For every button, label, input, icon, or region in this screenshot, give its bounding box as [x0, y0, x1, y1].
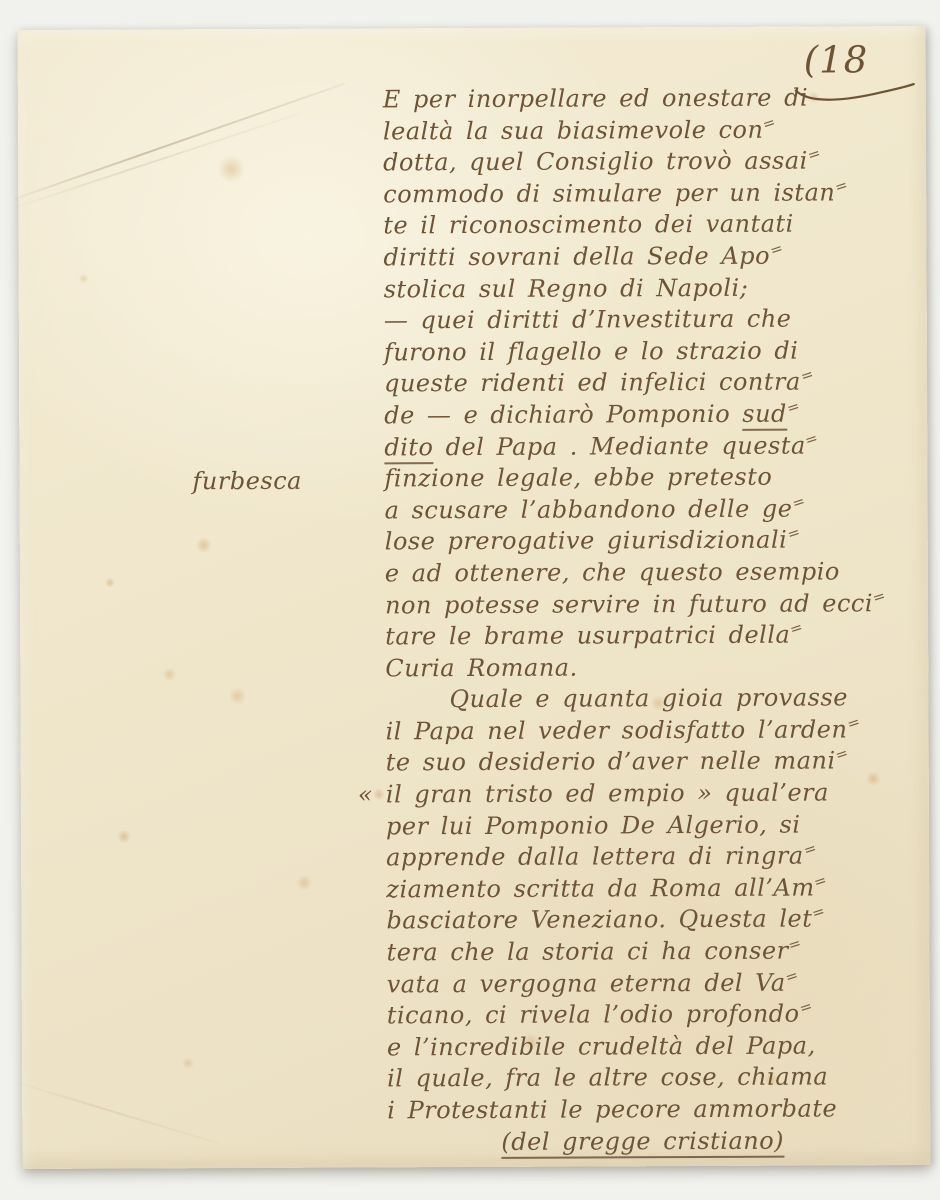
text-segment: te suo desiderio d’aver nelle mani: [386, 747, 836, 777]
manuscript-line: furono il flagello e lo strazio di: [384, 335, 936, 369]
manuscript-line: queste ridenti ed infelici contra=: [384, 366, 936, 400]
manuscript-line: apprende dalla lettera di ringra=: [386, 840, 938, 874]
manuscript-line: tare le brame usurpatrici della=: [385, 619, 937, 653]
manuscript-line: — quei diritti d’Investitura che: [384, 303, 936, 337]
manuscript-line: i Protestanti le pecore ammorbate: [387, 1093, 939, 1127]
text-segment: i Protestanti le pecore ammorbate: [387, 1094, 837, 1124]
manuscript-text: E per inorpellare ed onestare dilealtà l…: [383, 82, 940, 1159]
text-segment: E per inorpellare ed onestare di: [383, 84, 808, 114]
text-segment: il gran tristo ed empio » qual’era: [386, 779, 829, 809]
text-segment: tare le brame usurpatrici della: [385, 621, 790, 651]
foxing-spot: [228, 687, 246, 705]
text-segment: e l’incredibile crudeltà del Papa,: [387, 1031, 816, 1061]
manuscript-line: basciatore Veneziano. Questa let=: [386, 903, 938, 937]
text-segment: basciatore Veneziano. Questa let: [386, 905, 812, 935]
foxing-spot: [296, 875, 312, 891]
manuscript-line: ziamento scritta da Roma all’Am=: [386, 872, 938, 906]
manuscript-line: per lui Pomponio De Algerio, si: [386, 809, 938, 843]
text-segment: finzione legale, ebbe pretesto: [384, 463, 772, 493]
text-segment: ticano, ci rivela l’odio profondo: [387, 1000, 800, 1030]
manuscript-line: «il gran tristo ed empio » qual’era: [386, 777, 938, 811]
manuscript-line: E per inorpellare ed onestare di: [383, 82, 935, 116]
manuscript-line: il Papa nel veder sodisfatto l’arden=: [386, 714, 938, 748]
text-segment: vata a vergogna eterna del Va: [387, 968, 786, 998]
manuscript-line: tera che la storia ci ha conser=: [386, 935, 938, 969]
text-segment: Curia Romana.: [385, 653, 578, 682]
foxing-spot: [162, 667, 176, 681]
foxing-spot: [218, 154, 244, 184]
fold-crease: [14, 83, 345, 200]
manuscript-page: (18 E per inorpellare ed onestare dileal…: [18, 26, 931, 1169]
text-segment: lealtà la sua biasimevole con: [383, 115, 764, 145]
text-segment: il quale, fra le altre cose, chiama: [387, 1063, 828, 1093]
foxing-spot: [196, 537, 212, 553]
text-segment: de — e dichiarò Pomponio: [384, 400, 742, 430]
text-segment: del Papa . Mediante questa: [433, 431, 805, 461]
text-segment: e ad ottenere, che questo esempio: [385, 557, 840, 587]
foxing-spot: [79, 274, 89, 284]
manuscript-line: diritti sovrani della Sede Apo=: [383, 240, 935, 274]
text-segment: — quei diritti d’Investitura che: [384, 305, 792, 335]
text-segment: te il riconoscimento dei vantati: [383, 210, 794, 240]
foxing-spot: [182, 1057, 194, 1069]
text-segment: commodo di simulare per un istan: [383, 178, 835, 208]
text-segment: furono il flagello e lo strazio di: [384, 336, 799, 366]
text-segment: dito: [384, 433, 433, 464]
text-segment: stolica sul Regno di Napoli;: [384, 273, 749, 303]
foxing-spot: [117, 829, 131, 843]
text-segment: sud: [742, 400, 787, 431]
manuscript-line: dotta, quel Consiglio trovò assai=: [383, 145, 935, 179]
manuscript-line: ticano, ci rivela l’odio profondo=: [387, 998, 939, 1032]
manuscript-line: te il riconoscimento dei vantati: [383, 208, 935, 242]
manuscript-line: (del gregge cristiano): [387, 1125, 939, 1159]
manuscript-line: a scusare l’abbandono delle ge=: [385, 493, 937, 527]
text-segment: apprende dalla lettera di ringra: [386, 842, 804, 872]
text-segment: ziamento scritta da Roma all’Am: [386, 873, 814, 903]
text-segment: lose prerogative giurisdizionali: [385, 526, 788, 556]
manuscript-line: non potesse servire in futuro ad ecci=: [385, 587, 937, 621]
foxing-spot: [373, 788, 385, 800]
text-segment: tera che la storia ci ha conser: [386, 937, 788, 967]
manuscript-line: e ad ottenere, che questo esempio: [385, 556, 937, 590]
text-segment: il Papa nel veder sodisfatto l’arden: [386, 715, 848, 745]
manuscript-line: lealtà la sua biasimevole con=: [383, 114, 935, 148]
fold-crease: [18, 1082, 220, 1144]
manuscript-line: stolica sul Regno di Napoli;: [384, 272, 936, 306]
text-segment: Quale e quanta gioia provasse: [449, 684, 848, 714]
manuscript-line: il quale, fra le altre cose, chiama: [387, 1061, 939, 1095]
text-segment: dotta, quel Consiglio trovò assai: [383, 147, 808, 177]
manuscript-line: vata a vergogna eterna del Va=: [387, 967, 939, 1001]
text-segment: per lui Pomponio De Algerio, si: [386, 810, 801, 840]
manuscript-line: te suo desiderio d’aver nelle mani=: [386, 745, 938, 779]
text-segment: queste ridenti ed infelici contra: [384, 368, 801, 398]
margin-note: furbesca: [192, 466, 302, 498]
text-segment: non potesse servire in futuro ad ecci: [385, 589, 873, 619]
manuscript-line: furbescafinzione legale, ebbe pretesto: [384, 461, 936, 495]
manuscript-line: de — e dichiarò Pomponio sud=: [384, 398, 936, 432]
fold-crease: [16, 112, 302, 208]
text-segment: a scusare l’abbandono delle ge: [385, 494, 793, 524]
quote-mark: «: [358, 780, 373, 812]
manuscript-line: commodo di simulare per un istan=: [383, 177, 935, 211]
text-segment: (del gregge cristiano): [501, 1126, 784, 1158]
manuscript-line: dito del Papa . Mediante questa=: [384, 430, 936, 464]
manuscript-line: lose prerogative giurisdizionali=: [385, 524, 937, 558]
manuscript-line: e l’incredibile crudeltà del Papa,: [387, 1030, 939, 1064]
page-number: (18: [804, 38, 869, 81]
foxing-spot: [105, 578, 115, 588]
manuscript-line: Curia Romana.: [385, 651, 937, 685]
text-segment: diritti sovrani della Sede Apo: [383, 242, 770, 272]
